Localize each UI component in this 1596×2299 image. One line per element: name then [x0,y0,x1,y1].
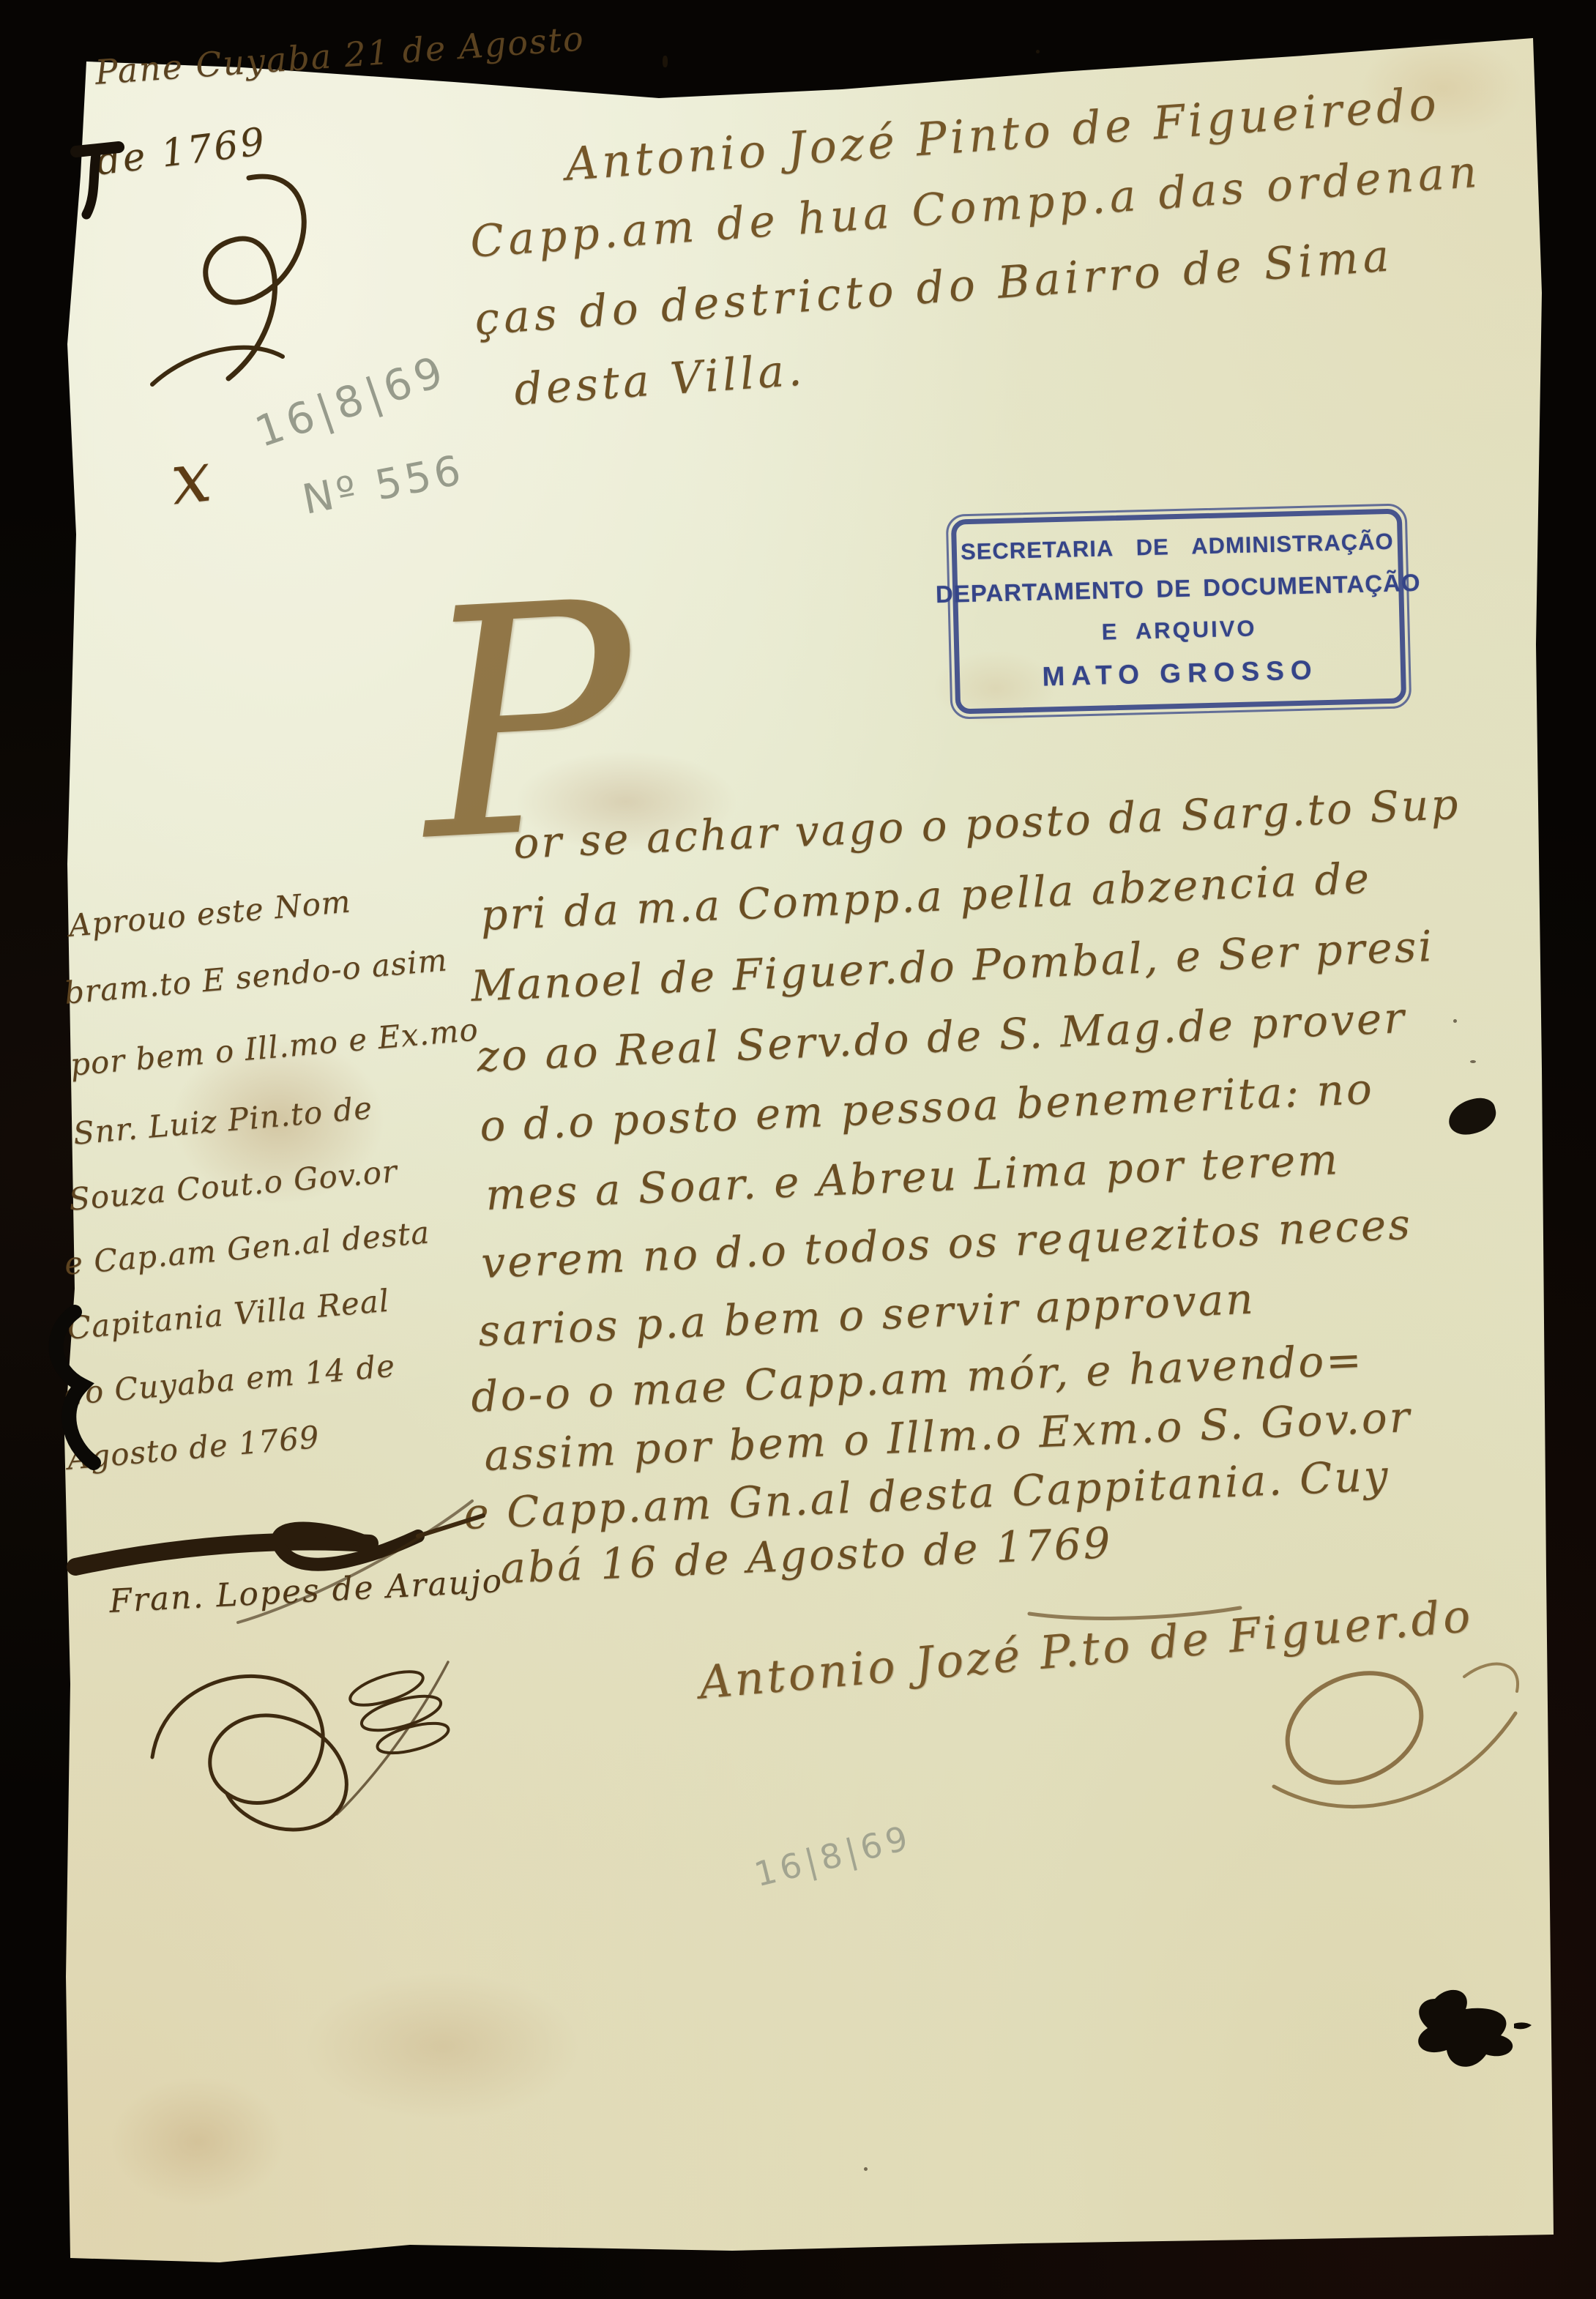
photo-backdrop: Pane Cuyaba 21 de Agosto de 1769 16|8|69… [0,0,1596,2299]
left-edge-ink-marks [29,1303,124,1479]
corner-rubric-flourish [139,165,359,406]
stamp-line-secretaria: SECRETARIA DE ADMINISTRAÇÃO [961,529,1394,565]
ink-blot [1391,1977,1537,2087]
ink-speck [663,56,668,67]
stamp-line-arquivo: E ARQUIVO [1101,615,1257,645]
ink-bold-mark [70,143,129,223]
ink-speck [1470,1060,1476,1063]
stamp-line-mato-grosso: MATO GROSSO [1042,655,1319,692]
ink-speck [1453,1019,1457,1023]
ink-speck [1036,50,1040,53]
archive-stamp-border: SECRETARIA DE ADMINISTRAÇÃO DEPARTAMENTO… [951,509,1406,715]
main-signature-flourish [1245,1633,1537,1838]
ink-speck [864,2167,868,2171]
ink-cross-mark: x [167,435,215,521]
stamp-line-departamento: DEPARTAMENTO DE DOCUMENTAÇÃO [936,569,1421,608]
margin-signature-flourish [117,1618,498,1838]
archive-stamp: SECRETARIA DE ADMINISTRAÇÃO DEPARTAMENTO… [946,503,1412,719]
